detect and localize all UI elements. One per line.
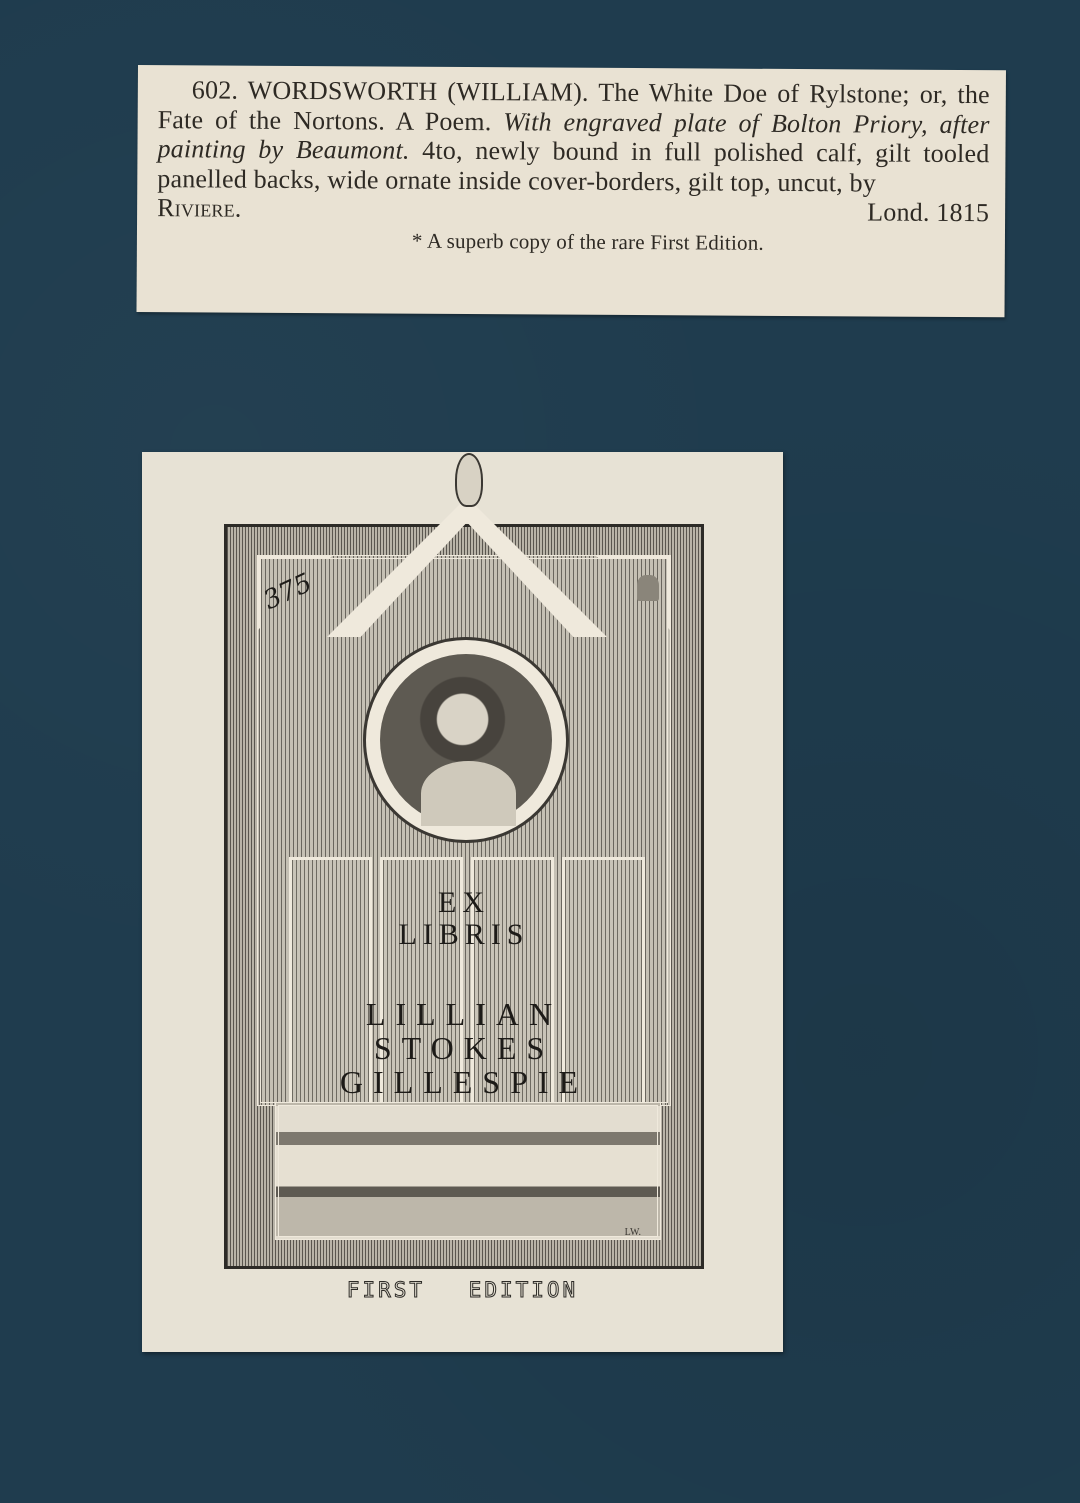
engraver-initials: LW. (625, 1227, 641, 1238)
caption-word-2: EDITION (469, 1278, 579, 1302)
binder: Riviere. (157, 193, 242, 223)
bookplate: 375 EX LIBRIS LILLIAN STOKES GILLESPIE L… (142, 452, 783, 1352)
crest-icon (637, 575, 659, 601)
first-edition-caption: FIRST EDITION (142, 1278, 783, 1302)
catalogue-entry: 602. WORDSWORTH (WILLIAM). The White Doe… (157, 75, 990, 198)
author: WORDSWORTH (WILLIAM). (248, 76, 589, 107)
portrait-medallion (363, 637, 569, 843)
edition-note: * A superb copy of the rare First Editio… (157, 225, 989, 260)
owner-last-name: GILLESPIE (227, 1065, 701, 1099)
owner-first-name: LILLIAN (227, 997, 701, 1031)
ex-libris-line-1: EX (227, 887, 701, 919)
gothic-frame: 375 EX LIBRIS LILLIAN STOKES GILLESPIE L… (224, 524, 704, 1269)
ex-libris-line-2: LIBRIS (227, 919, 701, 951)
portrait-image (380, 654, 552, 826)
country-house-vignette (275, 1102, 661, 1240)
owner-middle-name: STOKES (227, 1031, 701, 1065)
catalogue-clipping: 602. WORDSWORTH (WILLIAM). The White Doe… (136, 65, 1005, 317)
owner-name: LILLIAN STOKES GILLESPIE (227, 997, 701, 1099)
caption-word-1: FIRST (347, 1278, 425, 1302)
finial-icon (455, 453, 483, 507)
imprint: Lond. 1815 (867, 197, 989, 227)
lot-number: 602. (192, 75, 238, 104)
entry-last-line: Riviere. Lond. 1815 (157, 193, 989, 228)
ex-libris: EX LIBRIS (227, 887, 701, 951)
